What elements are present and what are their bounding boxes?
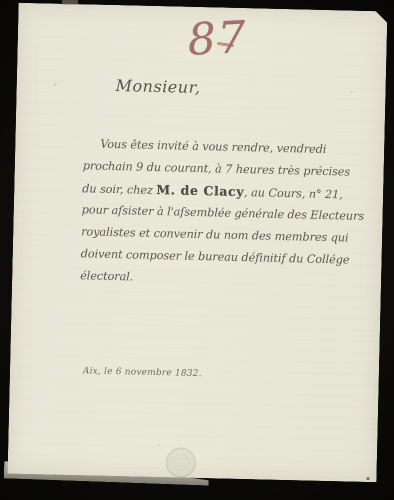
letter-paper: 87 Monsieur, Vous êtes invité à vous ren… <box>8 3 388 483</box>
library-stamp-icon <box>165 447 196 478</box>
paper-speck <box>366 477 369 480</box>
archive-number-text: 87 <box>187 12 249 66</box>
body-line-3-pre: du soir, chez <box>82 182 156 197</box>
body-line-3-post: , au Cours, n° 21, <box>244 186 343 201</box>
scanner-tab <box>62 0 78 5</box>
letter-body: Vous êtes invité à vous rendre, vendredi… <box>80 133 340 293</box>
paper-speck <box>54 84 57 86</box>
salutation: Monsieur, <box>115 76 200 97</box>
paper-speck <box>157 444 159 446</box>
dateline: Aix, le 6 novembre 1832. <box>83 366 202 379</box>
paper-speck <box>351 91 353 93</box>
recipient-name: M. de Clacy <box>156 182 244 199</box>
scanned-letter-background: 87 Monsieur, Vous êtes invité à vous ren… <box>0 0 394 500</box>
archive-number: 87 <box>187 16 249 63</box>
